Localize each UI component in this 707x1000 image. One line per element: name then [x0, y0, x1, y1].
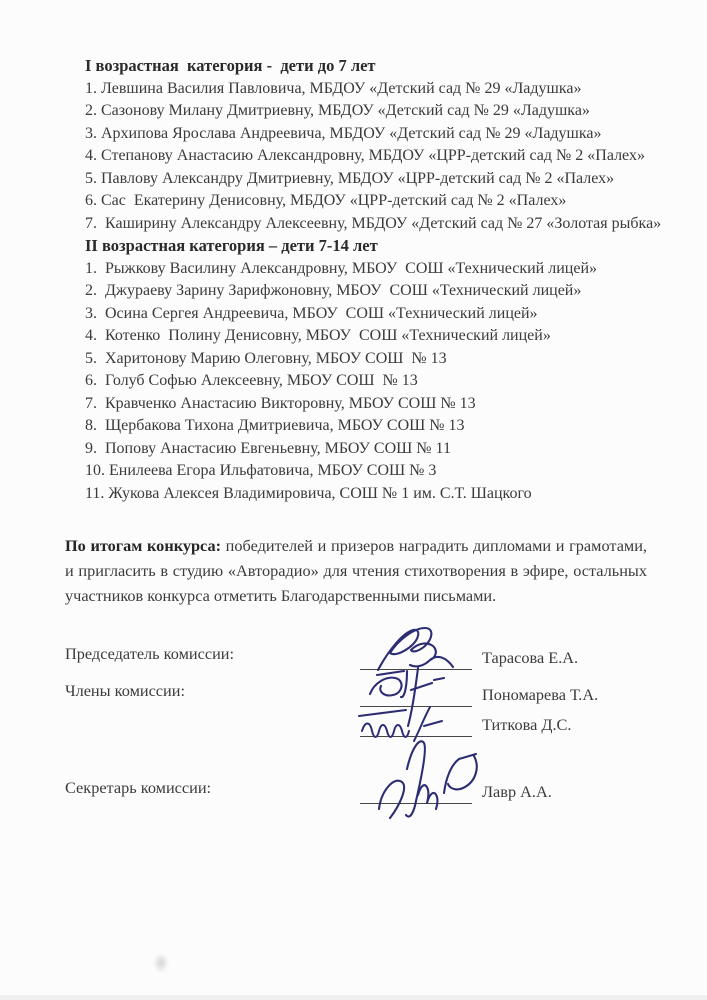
signature-row-member-2: Титкова Д.С.	[65, 714, 665, 737]
handwritten-signature-icon	[374, 624, 466, 676]
list-item: 1. Левшина Василия Павловича, МБДОУ «Дет…	[85, 78, 665, 101]
category-2-title: II возрастная категория – дети 7-14 лет	[85, 235, 665, 258]
list-item: 11. Жукова Алексея Владимировича, СОШ № …	[85, 483, 665, 506]
category-1-section: I возрастная категория - дети до 7 лет 1…	[85, 55, 665, 235]
list-item: 9. Попову Анастасию Евгеньевну, МБОУ СОШ…	[85, 438, 665, 461]
list-item: 3. Архипова Ярослава Андреевича, МБДОУ «…	[85, 123, 665, 146]
list-item: 5. Харитонову Марию Олеговну, МБОУ СОШ №…	[85, 348, 665, 371]
list-item: 8. Щербакова Тихона Дмитриевича, МБОУ СО…	[85, 415, 665, 438]
summary-lead: По итогам конкурса:	[65, 536, 221, 555]
signature-role-label: Председатель комиссии:	[65, 644, 360, 664]
list-item: 3. Осина Сергея Андреевича, МБОУ СОШ «Те…	[85, 303, 665, 326]
signatory-name: Титкова Д.С.	[482, 715, 571, 735]
signature-line	[360, 647, 472, 670]
handwritten-signature-icon	[354, 705, 450, 749]
list-item: 6. Голуб Софью Алексеевну, МБОУ СОШ № 13	[85, 370, 665, 393]
signature-role-label: Члены комиссии:	[65, 681, 360, 701]
list-item: 4. Котенко Полину Денисовну, МБОУ СОШ «Т…	[85, 325, 665, 348]
signature-line	[360, 684, 472, 707]
signatory-name: Тарасова Е.А.	[482, 648, 578, 668]
document-page: I возрастная категория - дети до 7 лет 1…	[0, 0, 707, 1000]
signature-row-chair: Председатель комиссии: Тарасова Е.А.	[65, 644, 665, 670]
list-item: 7. Кравченко Анастасию Викторовну, МБОУ …	[85, 393, 665, 416]
scan-edge-shadow	[0, 995, 707, 1000]
signature-line	[360, 781, 472, 804]
signature-block: Председатель комиссии: Тарасова Е.А. Чле…	[65, 608, 665, 858]
signature-line	[360, 714, 472, 737]
summary-paragraph: По итогам конкурса: победителей и призер…	[65, 533, 647, 608]
list-item: 2. Джураеву Зарину Зарифжоновну, МБОУ СО…	[85, 280, 665, 303]
scan-smudge	[153, 953, 169, 973]
list-item: 5. Павлову Александру Дмитриевну, МБДОУ …	[85, 168, 665, 191]
list-item: 7. Каширину Александру Алексеевну, МБДОУ…	[85, 213, 665, 236]
list-item: 10. Енилеева Егора Ильфатовича, МБОУ СОШ…	[85, 460, 665, 483]
handwritten-signature-icon	[372, 733, 486, 829]
signature-role-label: Секретарь комиссии:	[65, 778, 360, 798]
list-item: 4. Степанову Анастасию Александровну, МБ…	[85, 145, 665, 168]
list-item: 6. Сас Екатерину Денисовну, МБДОУ «ЦРР-д…	[85, 190, 665, 213]
signature-row-member-1: Члены комиссии: Пономарева Т.А.	[65, 681, 665, 707]
category-1-title: I возрастная категория - дети до 7 лет	[85, 55, 665, 78]
list-item: 1. Рыжкову Василину Александровну, МБОУ …	[85, 258, 665, 281]
signatory-name: Лавр А.А.	[482, 782, 552, 802]
signature-row-secretary: Секретарь комиссии: Лавр А.А.	[65, 778, 665, 804]
category-2-section: II возрастная категория – дети 7-14 лет …	[85, 235, 665, 505]
signatory-name: Пономарева Т.А.	[482, 685, 598, 705]
list-item: 2. Сазонову Милану Дмитриевну, МБДОУ «Де…	[85, 100, 665, 123]
